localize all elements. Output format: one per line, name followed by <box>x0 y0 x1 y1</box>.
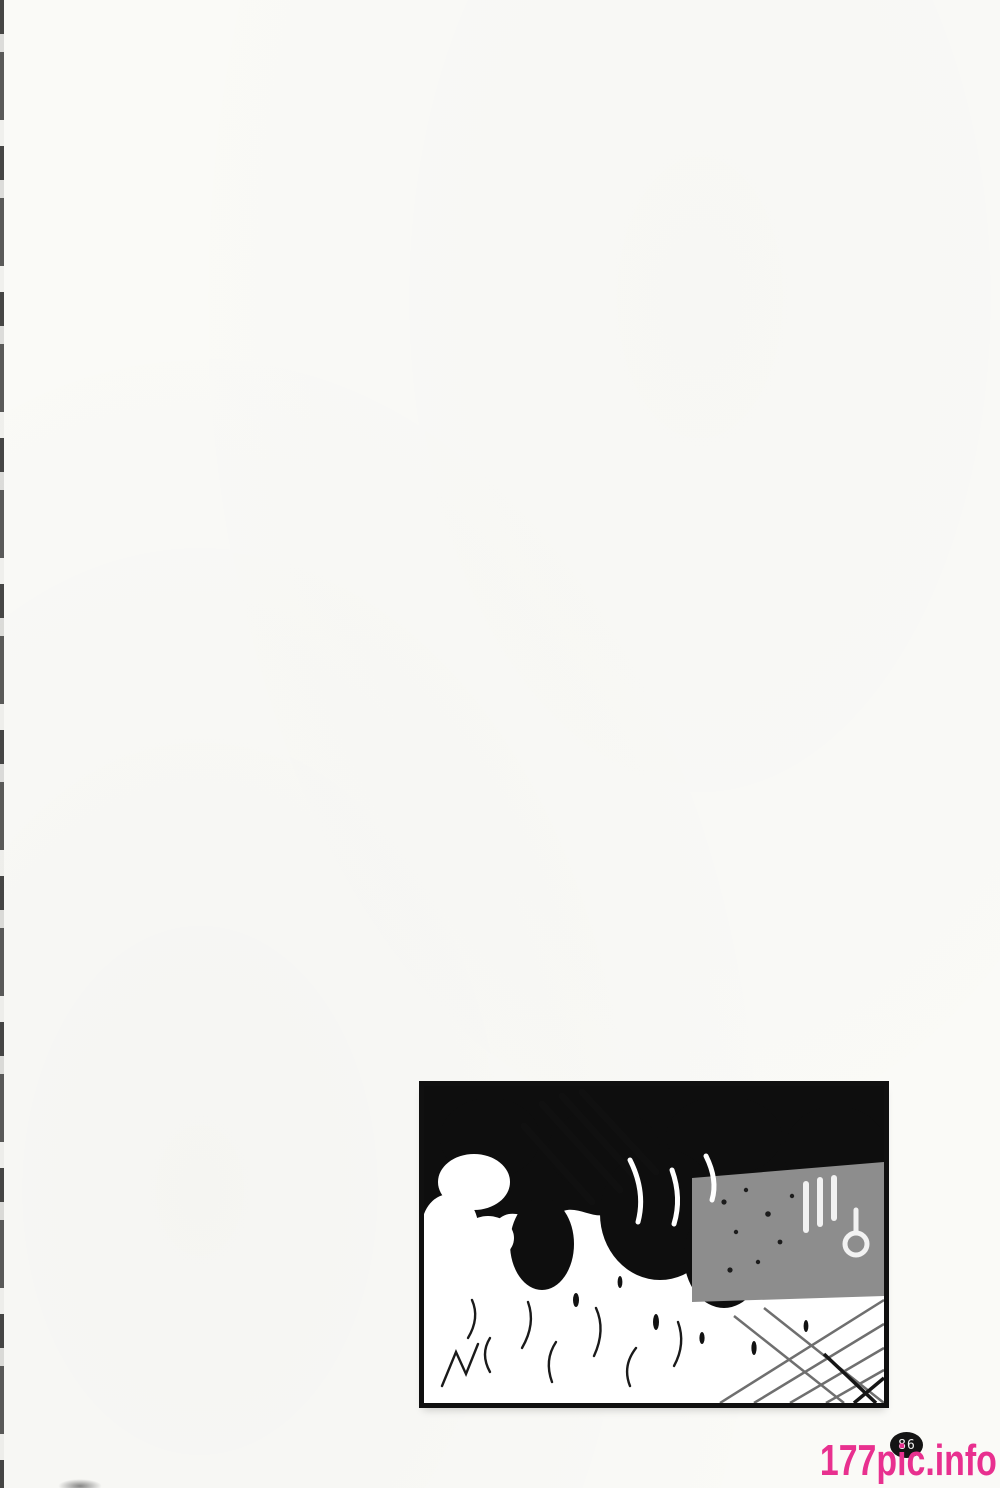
panel-artwork-svg <box>424 1086 884 1403</box>
site-watermark: 177pic.info <box>820 1439 997 1483</box>
scan-edge-artifact <box>0 0 4 1488</box>
scan-smudge-artifact <box>58 1479 102 1488</box>
scanned-page: 86 177pic.info <box>0 0 1000 1488</box>
manga-artwork-panel <box>419 1081 889 1408</box>
